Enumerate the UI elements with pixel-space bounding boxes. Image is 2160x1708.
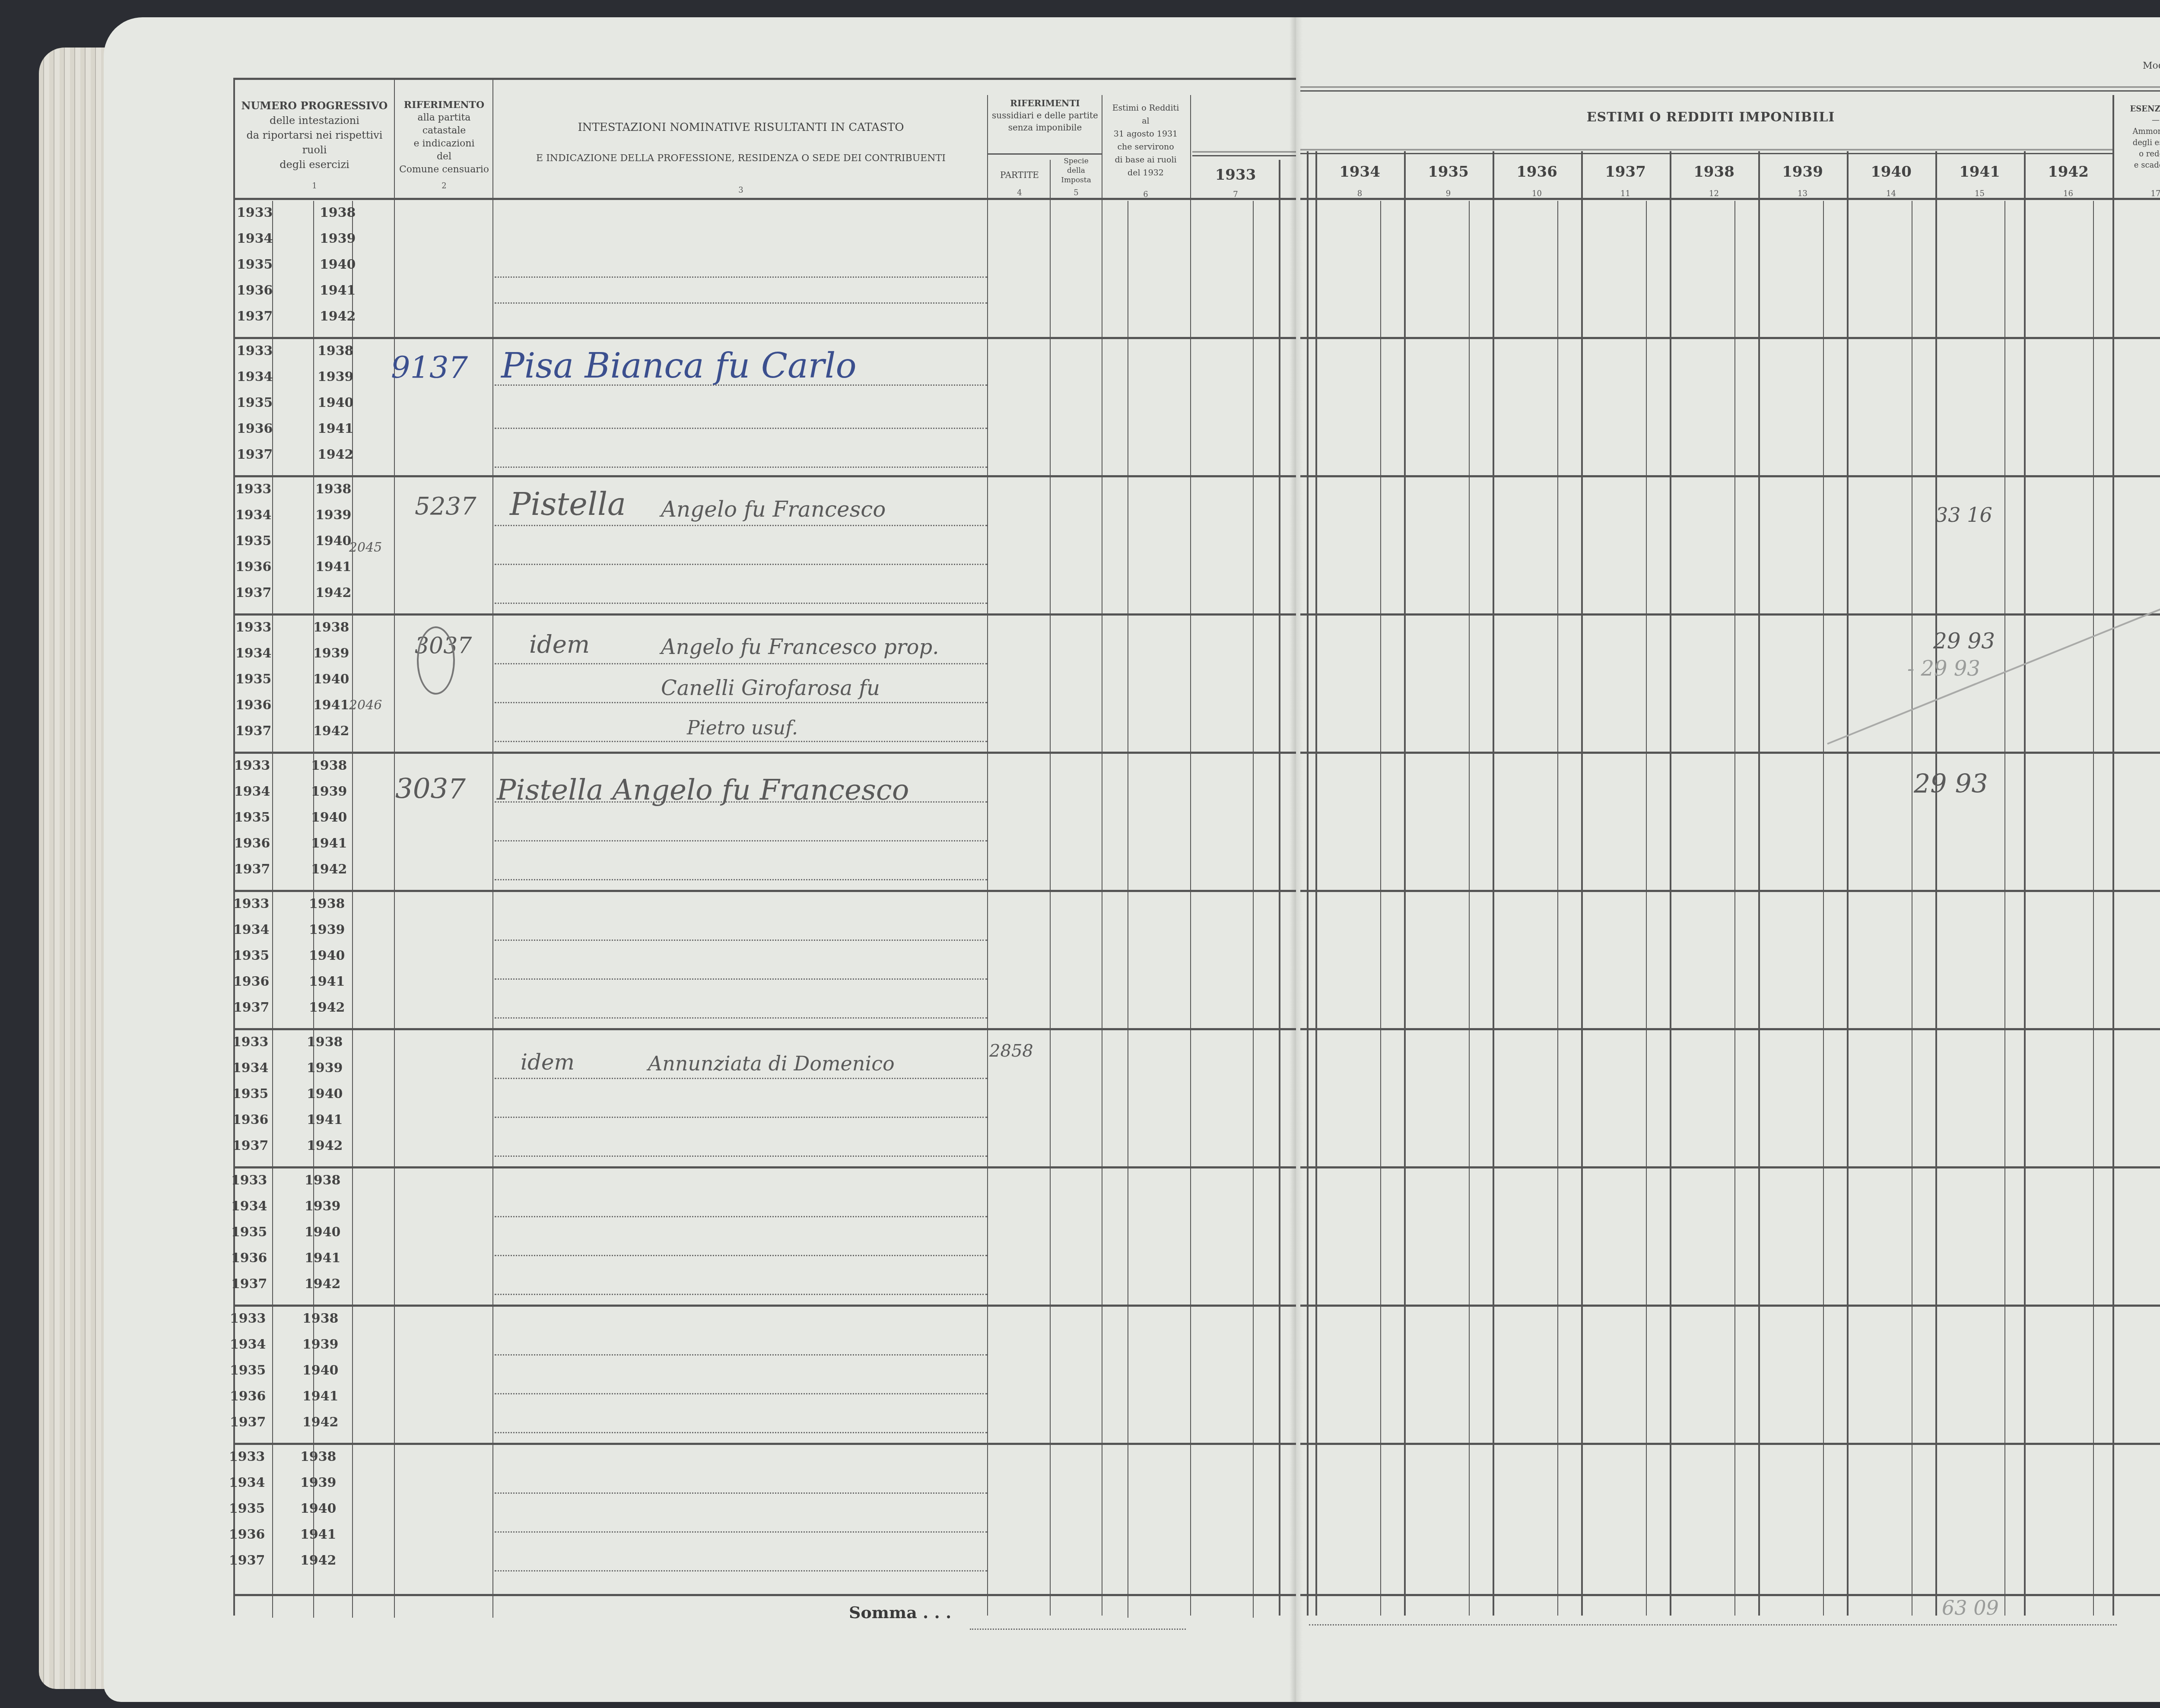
entry-3-partita: 5237 — [415, 492, 476, 521]
col2-header: RIFERIMENTO alla partita catastale e ind… — [397, 98, 492, 176]
block-separator — [233, 613, 1296, 616]
col-divider — [1493, 151, 1494, 1616]
col1-number: 1 — [237, 181, 392, 190]
somma-label: Somma . . . — [849, 1603, 951, 1622]
entry-7-partite-ref: 2858 — [989, 1041, 1033, 1061]
cents-divider — [1646, 201, 1647, 1616]
entry-5-partita: 3037 — [395, 773, 466, 805]
year-header-1934: 1934 — [1315, 163, 1404, 181]
entry-2-partita: 9137 — [391, 350, 468, 385]
entry-5-value-1941: 29 93 — [1914, 769, 1988, 799]
col-number: 10 — [1493, 189, 1581, 198]
year-header-1942: 1942 — [2024, 163, 2112, 181]
entry-3-name: Pistella — [510, 486, 626, 522]
col-divider — [1404, 151, 1406, 1616]
col7-subdivider — [1253, 201, 1254, 1618]
col-divider-1-2 — [394, 80, 395, 1618]
cents-divider — [1380, 201, 1381, 1616]
book-page-edges — [39, 48, 108, 1689]
col-divider-esenzioni — [2112, 95, 2114, 1616]
col-divider-4-5 — [1050, 160, 1051, 1616]
col7-y-divider — [1279, 160, 1280, 1616]
block-separator — [1300, 1028, 2160, 1030]
year-header-1937: 1937 — [1581, 163, 1670, 181]
col-divider-2-3 — [492, 80, 493, 1618]
entry-4-name: idem — [529, 631, 590, 659]
col7-header-line — [1192, 151, 1296, 156]
year-header-1939: 1939 — [1758, 163, 1847, 181]
col3-header-subtitle: E INDICAZIONE DELLA PROFESSIONE, RESIDEN… — [497, 151, 985, 166]
entry-5-name: Pistella Angelo fu Francesco — [497, 773, 909, 806]
col3-number: 3 — [497, 186, 985, 195]
form-code: Mod. 111 - Imposte Dirette (Intercalare)… — [2143, 60, 2160, 71]
col4-header: PARTITE — [989, 168, 1050, 182]
entry-7-name: idem — [521, 1050, 575, 1075]
cents-divider — [1557, 201, 1558, 1616]
block-separator — [1300, 752, 2160, 754]
book-spine — [1290, 17, 1302, 1702]
col-divider-3-4 — [987, 95, 988, 1616]
col6-header: Estimi o Redditi al 31 agosto 1931 che s… — [1102, 102, 1189, 179]
entry-2-name: Pisa Bianca fu Carlo — [501, 346, 857, 386]
entry-4-details-line2: Canelli Girofarosa fu — [661, 676, 880, 700]
block-separator — [1300, 613, 2160, 616]
cents-divider — [1469, 201, 1470, 1616]
col7-number: 7 — [1192, 190, 1279, 199]
block-separator — [233, 1166, 1296, 1168]
col7-year-1933: 1933 — [1192, 166, 1279, 184]
block-separator — [1300, 890, 2160, 892]
entry-4-details-line3: Pietro usuf. — [687, 717, 798, 739]
col-divider — [1935, 151, 1937, 1616]
right-page — [1296, 17, 2160, 1702]
col3-header-title: INTESTAZIONI NOMINATIVE RISULTANTI IN CA… — [497, 120, 985, 135]
entry-7-details: Annunziata di Domenico — [648, 1052, 895, 1075]
block-separator — [233, 1028, 1296, 1030]
block-separator — [233, 1443, 1296, 1445]
year-header-1935: 1935 — [1404, 163, 1493, 181]
col-divider — [1670, 151, 1671, 1616]
col-number: 15 — [1935, 189, 2024, 198]
col-number: 12 — [1670, 189, 1758, 198]
entry-4-side-number: 2046 — [349, 698, 382, 713]
block-separator — [1300, 337, 2160, 339]
entry-3-value-1941: 33 16 — [1935, 503, 1992, 527]
block-separator — [233, 1305, 1296, 1307]
col-number: 11 — [1581, 189, 1670, 198]
col-number: 14 — [1847, 189, 1935, 198]
cents-divider — [1734, 201, 1735, 1616]
right-col-divider — [1307, 151, 1309, 1616]
block-separator — [233, 890, 1296, 892]
entry-4-value-1941: 29 93 — [1933, 629, 1995, 654]
cents-divider — [2093, 201, 2094, 1616]
col-divider — [1581, 151, 1583, 1616]
col-divider-5-6 — [1102, 95, 1102, 1616]
years-header-line — [1300, 149, 2112, 154]
block-separator — [1300, 475, 2160, 477]
somma-dotted-line — [970, 1629, 1186, 1630]
entry-3-side-number: 2045 — [349, 540, 382, 555]
table-bottom-border — [233, 1594, 1296, 1596]
year-header-1938: 1938 — [1670, 163, 1758, 181]
entry-4-value-1941-struck: - 29 93 — [1907, 657, 1980, 681]
col-divider — [2024, 151, 2026, 1616]
col-number: 9 — [1404, 189, 1493, 198]
somma-dotted-line-right — [1309, 1624, 2117, 1625]
col-divider — [1758, 151, 1760, 1616]
col5-number: 5 — [1051, 188, 1102, 197]
right-table-top-border — [1300, 86, 2160, 92]
col2-number: 2 — [397, 181, 492, 190]
col1-header: NUMERO PROGRESSIVO delle intestazioni da… — [237, 98, 392, 172]
col-divider — [1847, 151, 1849, 1616]
year-header-1940: 1940 — [1847, 163, 1935, 181]
col4-number: 4 — [989, 188, 1050, 197]
col-number: 17 — [2115, 189, 2160, 198]
block-separator — [233, 337, 1296, 339]
block-separator — [233, 752, 1296, 754]
col6-number: 6 — [1102, 190, 1189, 199]
block-separator — [1300, 1443, 2160, 1445]
estimi-title: ESTIMI O REDDITI IMPONIBILI — [1309, 110, 2112, 125]
year-header-1941: 1941 — [1935, 163, 2024, 181]
block-separator — [233, 475, 1296, 477]
col5-header: Specie della Imposta — [1051, 156, 1102, 185]
col1-subdivider-a — [272, 201, 273, 1618]
col-divider — [1315, 151, 1317, 1616]
year-header-1936: 1936 — [1493, 163, 1581, 181]
cents-divider — [2004, 201, 2005, 1616]
col-number: 8 — [1315, 189, 1404, 198]
col-number: 16 — [2024, 189, 2112, 198]
cents-divider — [1912, 201, 1912, 1616]
block-separator — [1300, 1166, 2160, 1168]
cents-divider — [1823, 201, 1824, 1616]
block-separator — [1300, 1305, 2160, 1307]
left-page — [104, 17, 1296, 1702]
col-divider-6-7 — [1190, 95, 1191, 1616]
table-top-border — [233, 78, 1296, 80]
entry-4-details: Angelo fu Francesco prop. — [661, 635, 939, 659]
entry-3-details: Angelo fu Francesco — [661, 497, 886, 522]
col1-subdivider-c — [352, 201, 353, 1618]
col45-header: RIFERIMENTI sussidiari e delle partite s… — [989, 97, 1101, 133]
col-number: 13 — [1758, 189, 1847, 198]
total-value-1941: 63 09 — [1942, 1596, 1999, 1619]
col6-subdivider — [1128, 201, 1128, 1618]
riferimenti-subheader-line — [987, 153, 1102, 155]
esenzioni-header: ESENZIONI — Ammontare degli estimi o red… — [2115, 104, 2160, 171]
entry-4-strike-loop — [417, 626, 455, 695]
right-table-bottom-border — [1300, 1594, 2160, 1596]
